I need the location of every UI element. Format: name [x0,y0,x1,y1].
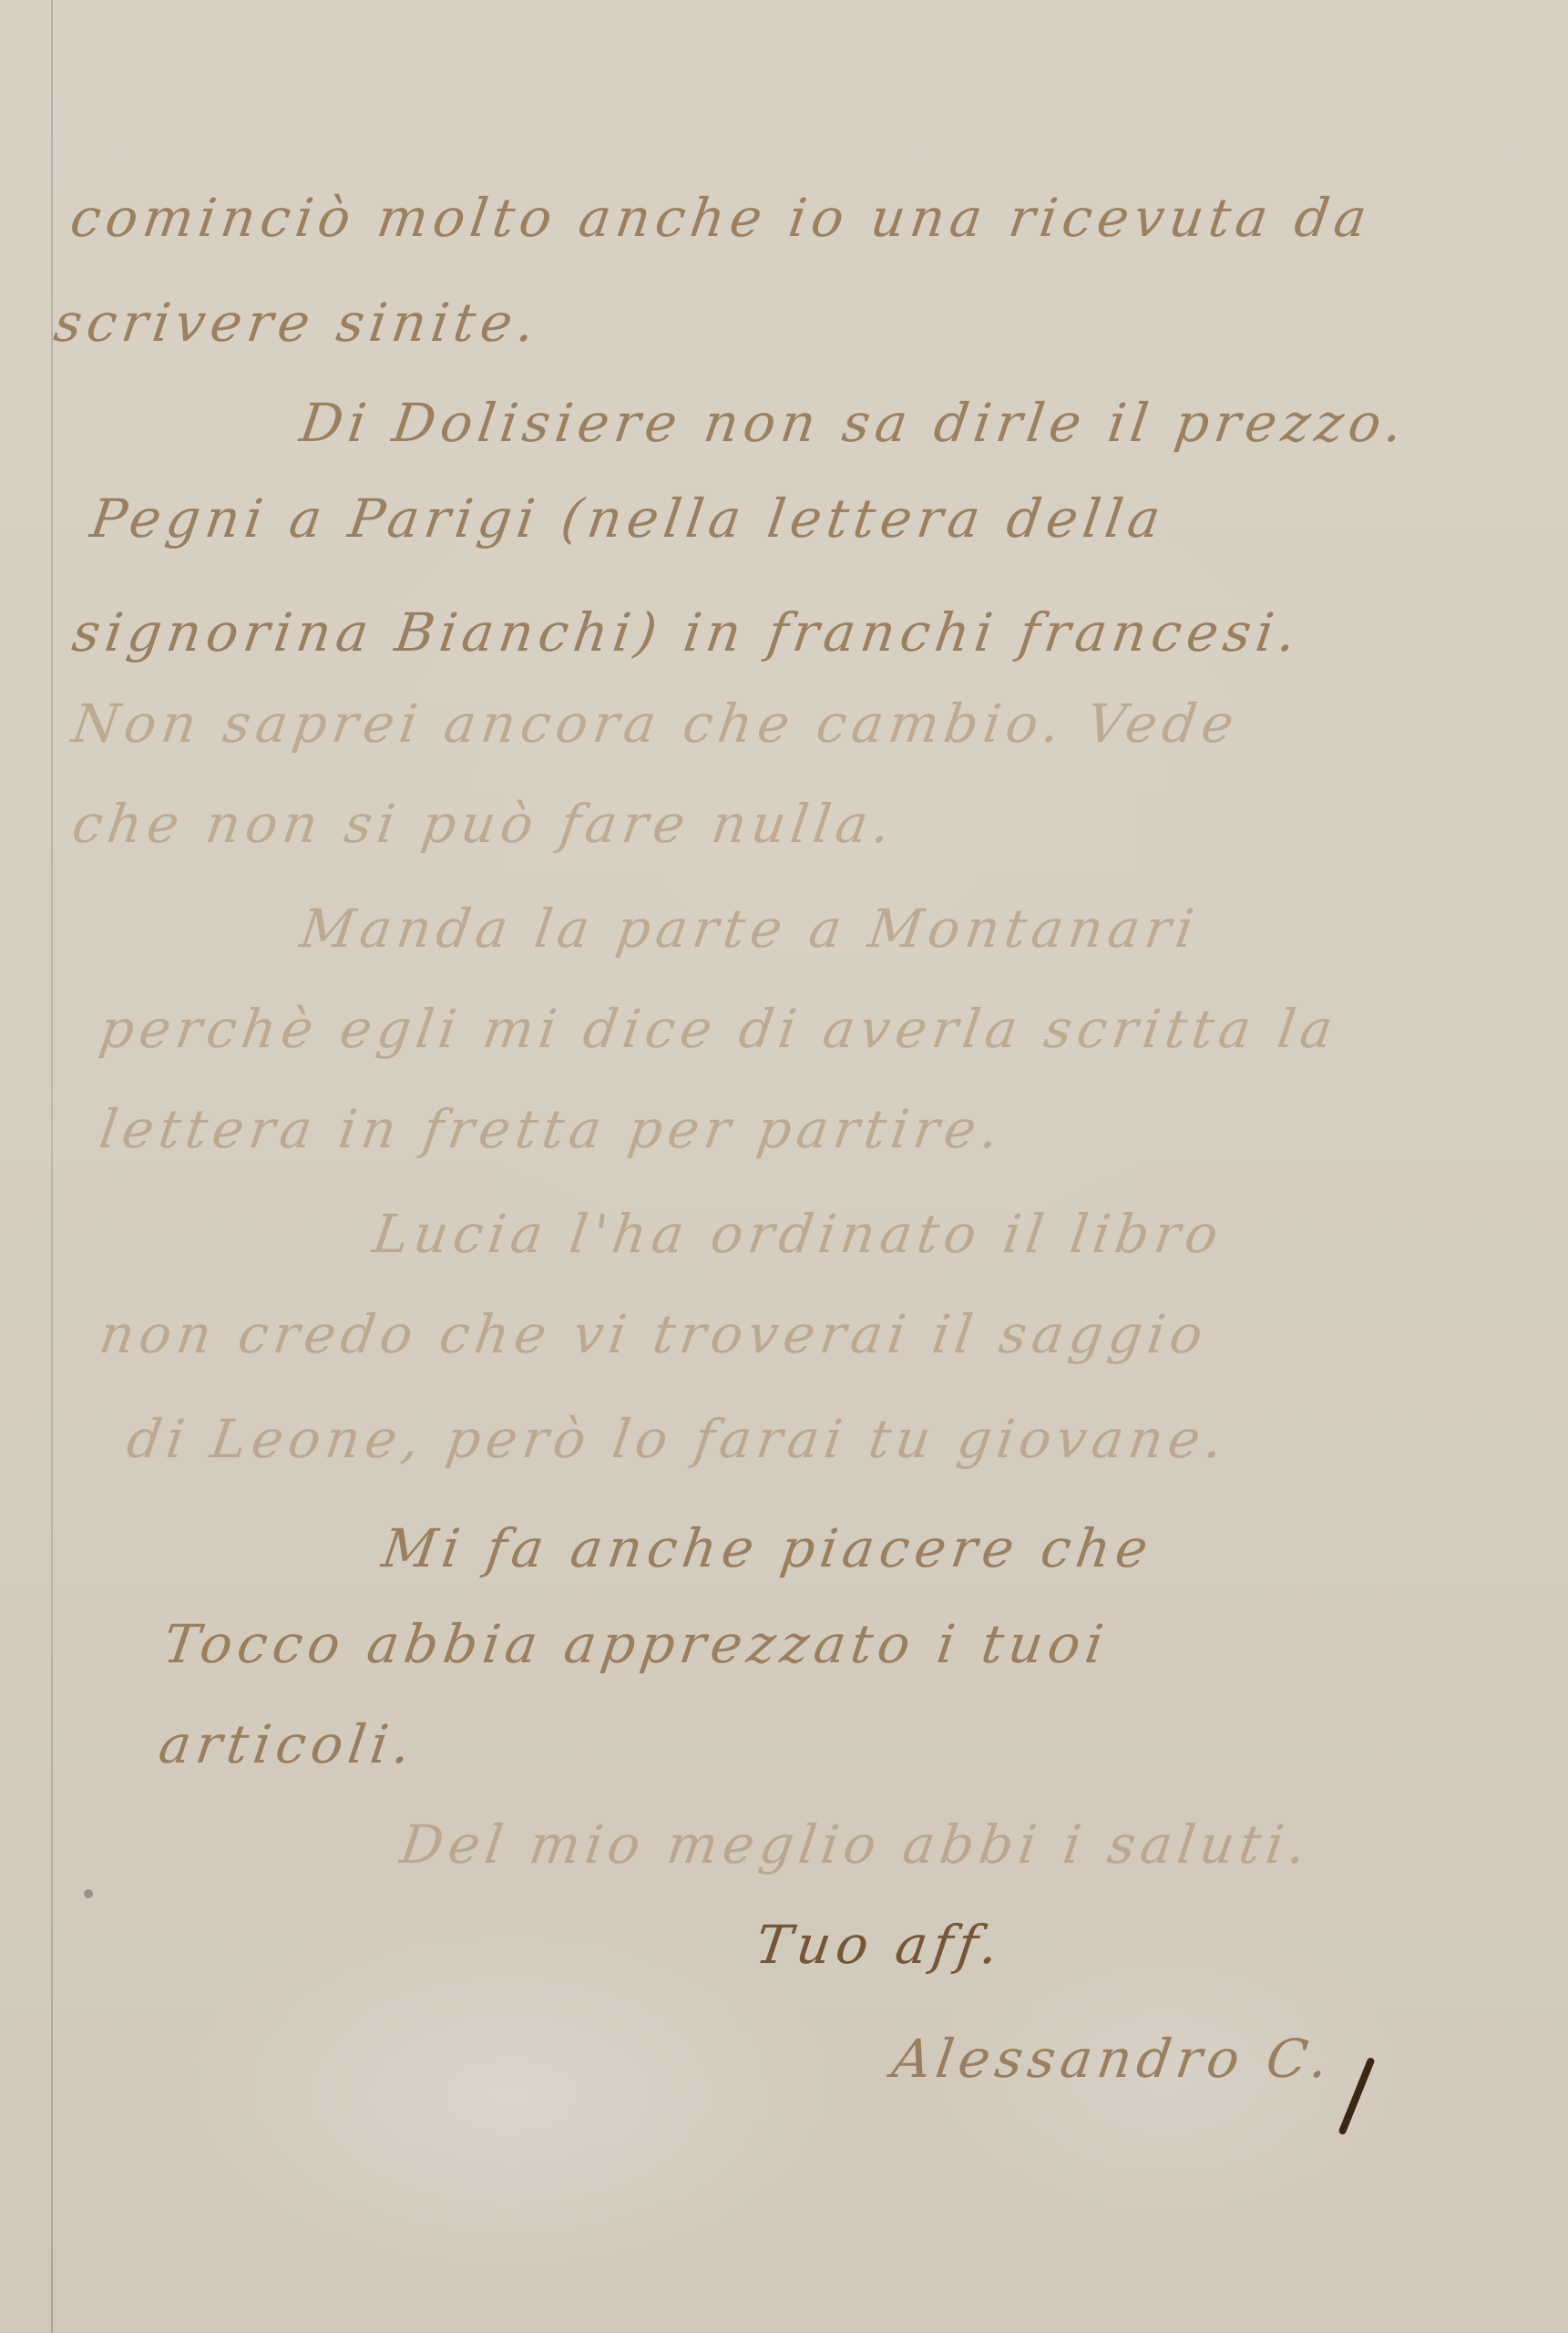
signature: Alessandro C. [888,2028,1337,2090]
letter-line: che non si può fare nulla. [68,793,899,855]
letter-line: cominciò molto anche io una ricevuta da [67,187,1376,249]
paper-speck [84,1889,93,1898]
letter-line: non credo che vi troverai il saggio [96,1303,1212,1365]
closing-signoff: Tuo aff. [752,1914,1008,1976]
letter-line: Tocco abbia apprezzato i tuoi [159,1613,1112,1675]
letter-line: Manda la parte a Montanari [296,898,1203,960]
letter-line: articoli. [155,1713,420,1775]
letter-line: signorina Bianchi) in franchi francesi. [68,601,1305,663]
letter-line: perchè egli mi dice di averla scritta la [96,998,1342,1060]
letter-line: di Leone, però lo farai tu giovane. [123,1408,1232,1470]
closing-line: Del mio meglio abbi i saluti. [396,1814,1316,1876]
letter-line: Lucia l'ha ordinato il libro [369,1203,1227,1265]
letter-line: Pegni a Parigi (nella lettera della [87,488,1169,550]
letter-line: Mi fa anche piacere che [378,1517,1157,1579]
letter-line: lettera in fretta per partire. [96,1098,1008,1160]
letter-line: Non saprei ancora che cambio. Vede [68,693,1243,755]
letter-line: scrivere sinite. [50,292,544,354]
letter-line: Di Dolisiere non sa dirle il prezzo. [296,392,1411,454]
